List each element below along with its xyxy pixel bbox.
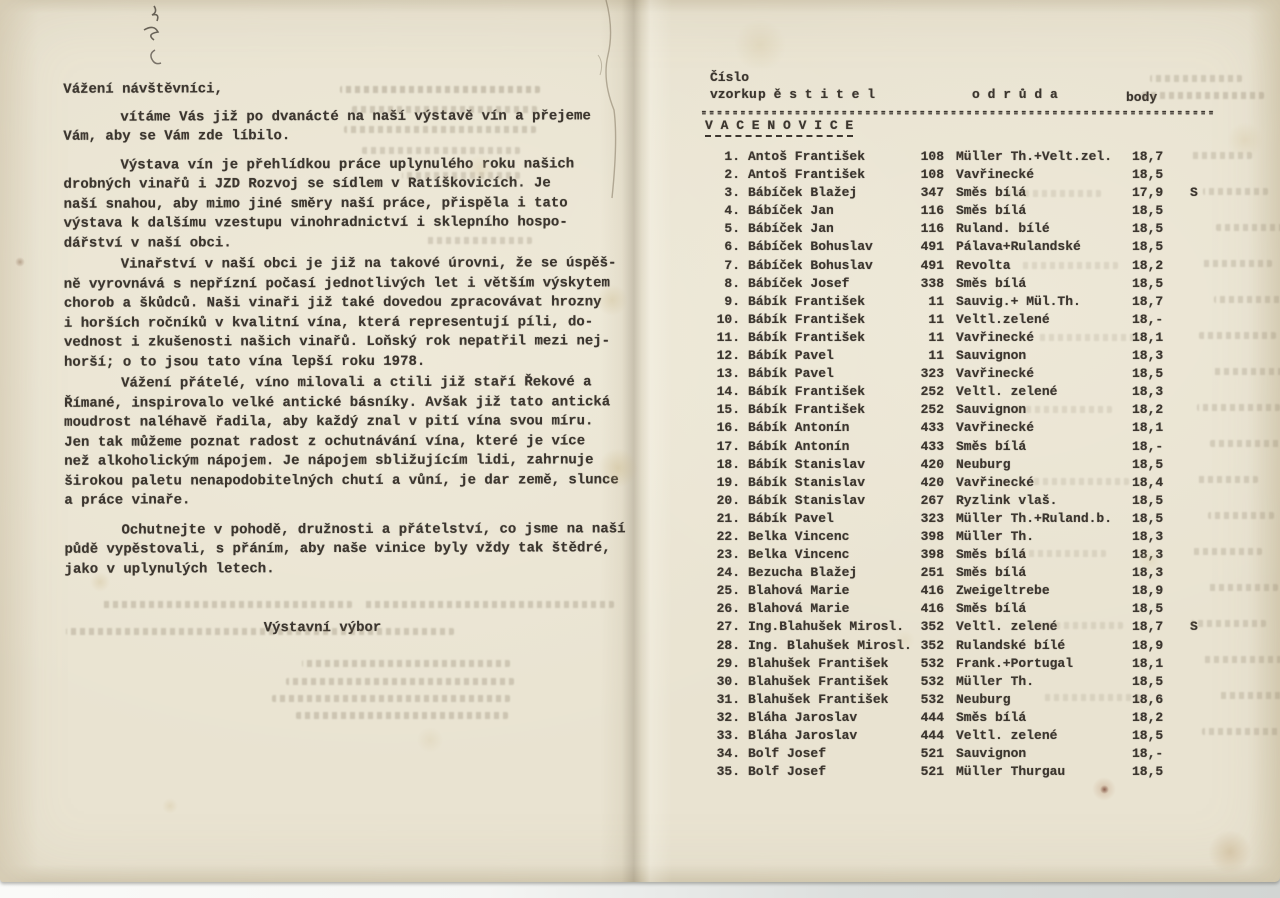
row-number: 13. [700, 365, 740, 383]
row-grape-variety: Sauvignon [944, 745, 1132, 763]
row-sample-number: 116 [916, 202, 944, 220]
row-flag [1172, 600, 1190, 618]
header-sample-number-line1: Číslo [710, 70, 749, 85]
row-points: 18,4 [1132, 474, 1172, 492]
row-grape-variety: Müller Th. [944, 528, 1132, 546]
row-number: 28. [700, 637, 740, 655]
row-grape-variety: Směs bílá [944, 202, 1132, 220]
row-sample-number: 352 [916, 637, 944, 655]
row-number: 11. [700, 329, 740, 347]
table-row: 26. Blahová Marie 416 Směs bílá 18,5 [700, 600, 1240, 618]
row-grower-name: Bábík František [740, 329, 916, 347]
row-number: 26. [700, 600, 740, 618]
row-sample-number: 416 [916, 582, 944, 600]
row-sample-number: 352 [916, 618, 944, 636]
row-sample-number: 420 [916, 474, 944, 492]
row-grower-name: Bábík Stanislav [740, 456, 916, 474]
header-variety: o d r ů d a [972, 87, 1058, 102]
row-grower-name: Bábík Pavel [740, 510, 916, 528]
row-grape-variety: Sauvignon [944, 347, 1132, 365]
section-title-vacenovice: V A C E N O V I C E [705, 118, 853, 137]
row-points: 18,7 [1132, 293, 1172, 311]
row-points: 18,5 [1132, 510, 1172, 528]
row-flag [1172, 148, 1190, 166]
table-row: 20. Bábík Stanislav 267 Ryzlink vlaš. 18… [700, 492, 1240, 510]
row-number: 21. [700, 510, 740, 528]
row-flag [1172, 709, 1190, 727]
row-points: 18,3 [1132, 383, 1172, 401]
row-number: 31. [700, 691, 740, 709]
table-row: 1. Antoš František 108 Müller Th.+Velt.z… [700, 148, 1240, 166]
row-number: 17. [700, 438, 740, 456]
row-grower-name: Bábík František [740, 311, 916, 329]
row-sample-number: 252 [916, 401, 944, 419]
row-number: 19. [700, 474, 740, 492]
row-grape-variety: Směs bílá [944, 438, 1132, 456]
row-flag [1172, 727, 1190, 745]
row-sample-number: 11 [916, 329, 944, 347]
row-flag [1172, 474, 1190, 492]
table-row: 19. Bábík Stanislav 420 Vavřinecké 18,4 [700, 474, 1240, 492]
results-table: 1. Antoš František 108 Müller Th.+Velt.z… [700, 148, 1240, 781]
row-grape-variety: Směs bílá [944, 275, 1132, 293]
row-number: 4. [700, 202, 740, 220]
row-points: 18,5 [1132, 763, 1172, 781]
table-row: 4. Bábíček Jan 116 Směs bílá 18,5 [700, 202, 1240, 220]
row-points: 18,2 [1132, 709, 1172, 727]
row-grower-name: Bábík Stanislav [740, 492, 916, 510]
row-sample-number: 444 [916, 709, 944, 727]
row-grower-name: Bábíček Blažej [740, 184, 916, 202]
row-grape-variety: Směs bílá [944, 546, 1132, 564]
row-points: 18,5 [1132, 238, 1172, 256]
row-grower-name: Blahová Marie [740, 582, 916, 600]
row-grower-name: Bábík Antonín [740, 419, 916, 437]
row-number: 25. [700, 582, 740, 600]
row-flag [1172, 564, 1190, 582]
row-flag [1172, 456, 1190, 474]
row-grower-name: Bábíček Josef [740, 275, 916, 293]
row-points: 18,5 [1132, 365, 1172, 383]
row-sample-number: 338 [916, 275, 944, 293]
row-number: 22. [700, 528, 740, 546]
table-row: 32. Bláha Jaroslav 444 Směs bílá 18,2 [700, 709, 1240, 727]
row-points: 18,9 [1132, 582, 1172, 600]
row-sample-number: 108 [916, 166, 944, 184]
table-row: 6. Bábíček Bohuslav 491 Pálava+Rulandské… [700, 238, 1240, 256]
row-points: 18,5 [1132, 202, 1172, 220]
row-points: 18,5 [1132, 220, 1172, 238]
row-grape-variety: Vavřinecké [944, 365, 1132, 383]
row-flag [1172, 492, 1190, 510]
row-flag [1172, 546, 1190, 564]
row-number: 15. [700, 401, 740, 419]
table-row: 21. Bábík Pavel 323 Müller Th.+Ruland.b.… [700, 510, 1240, 528]
row-points: 18,5 [1132, 275, 1172, 293]
table-row: 33. Bláha Jaroslav 444 Veltl. zelené 18,… [700, 727, 1240, 745]
row-grape-variety: Veltl. zelené [944, 727, 1132, 745]
row-sample-number: 116 [916, 220, 944, 238]
row-grape-variety: Vavřinecké [944, 474, 1132, 492]
right-page-catalog: Číslo vzorku p ě s t i t e l o d r ů d a… [700, 68, 1240, 144]
row-sample-number: 491 [916, 238, 944, 256]
row-sample-number: 444 [916, 727, 944, 745]
row-grape-variety: Rulandské bílé [944, 637, 1132, 655]
row-grape-variety: Frank.+Portugal [944, 655, 1132, 673]
row-flag [1172, 293, 1190, 311]
row-grape-variety: Ryzlink vlaš. [944, 492, 1132, 510]
row-number: 33. [700, 727, 740, 745]
row-flag: S [1172, 618, 1198, 636]
row-flag [1172, 419, 1190, 437]
row-grower-name: Bábík Pavel [740, 347, 916, 365]
row-points: 18,5 [1132, 727, 1172, 745]
row-grape-variety: Müller Th.+Ruland.b. [944, 510, 1132, 528]
row-grape-variety: Pálava+Rulandské [944, 238, 1132, 256]
row-flag [1172, 329, 1190, 347]
table-row: 16. Bábík Antonín 433 Vavřinecké 18,1 [700, 419, 1240, 437]
row-number: 32. [700, 709, 740, 727]
row-points: 18,2 [1132, 401, 1172, 419]
row-flag [1172, 257, 1190, 275]
row-points: 17,9 [1132, 184, 1172, 202]
row-grape-variety: Směs bílá [944, 600, 1132, 618]
table-row: 29. Blahušek František 532 Frank.+Portug… [700, 655, 1240, 673]
row-grape-variety: Müller Thurgau [944, 763, 1132, 781]
row-number: 23. [700, 546, 740, 564]
row-sample-number: 491 [916, 257, 944, 275]
row-points: 18,3 [1132, 528, 1172, 546]
row-number: 29. [700, 655, 740, 673]
row-flag [1172, 275, 1190, 293]
row-grower-name: Bábík František [740, 401, 916, 419]
row-grape-variety: Zweigeltrebe [944, 582, 1132, 600]
row-flag: S [1172, 184, 1198, 202]
row-grower-name: Bábík Pavel [740, 365, 916, 383]
row-number: 10. [700, 311, 740, 329]
row-grower-name: Bábík František [740, 293, 916, 311]
header-divider-dashes: ----------------------------------------… [700, 104, 1220, 119]
row-points: 18,5 [1132, 166, 1172, 184]
row-points: 18,7 [1132, 618, 1172, 636]
row-flag [1172, 637, 1190, 655]
row-number: 6. [700, 238, 740, 256]
row-sample-number: 398 [916, 546, 944, 564]
table-row: 8. Bábíček Josef 338 Směs bílá 18,5 [700, 275, 1240, 293]
row-grower-name: Bábíček Jan [740, 202, 916, 220]
row-sample-number: 532 [916, 655, 944, 673]
row-flag [1172, 238, 1190, 256]
row-grape-variety: Neuburg [944, 456, 1132, 474]
row-points: 18,1 [1132, 655, 1172, 673]
table-row: 7. Bábíček Bohuslav 491 Revolta 18,2 [700, 257, 1240, 275]
letter-paragraph: Vinařství v naší obci je již na takové ú… [64, 254, 632, 372]
row-grower-name: Bábíček Bohuslav [740, 238, 916, 256]
row-sample-number: 108 [916, 148, 944, 166]
table-row: 13. Bábík Pavel 323 Vavřinecké 18,5 [700, 365, 1240, 383]
row-number: 8. [700, 275, 740, 293]
table-row: 17. Bábík Antonín 433 Směs bílá 18,- [700, 438, 1240, 456]
row-grower-name: Bábík Antonín [740, 438, 916, 456]
letter-signoff: Výstavní výbor [264, 618, 633, 638]
row-flag [1172, 691, 1190, 709]
row-number: 24. [700, 564, 740, 582]
table-row: 34. Bolf Josef 521 Sauvignon 18,- [700, 745, 1240, 763]
row-points: 18,7 [1132, 148, 1172, 166]
table-row: 23. Belka Vincenc 398 Směs bílá 18,3 [700, 546, 1240, 564]
row-grower-name: Bábík Stanislav [740, 474, 916, 492]
row-points: 18,9 [1132, 637, 1172, 655]
header-sample-number-line2: vzorku [710, 87, 757, 102]
row-grower-name: Bábíček Bohuslav [740, 257, 916, 275]
row-points: 18,3 [1132, 347, 1172, 365]
row-flag [1172, 745, 1190, 763]
row-grower-name: Bezucha Blažej [740, 564, 916, 582]
table-row: 10. Bábík František 11 Veltl.zelené 18,- [700, 311, 1240, 329]
table-row: 18. Bábík Stanislav 420 Neuburg 18,5 [700, 456, 1240, 474]
row-points: 18,5 [1132, 600, 1172, 618]
row-grape-variety: Revolta [944, 257, 1132, 275]
row-number: 27. [700, 618, 740, 636]
row-sample-number: 521 [916, 745, 944, 763]
row-flag [1172, 220, 1190, 238]
row-number: 14. [700, 383, 740, 401]
row-flag [1172, 763, 1190, 781]
row-number: 34. [700, 745, 740, 763]
row-sample-number: 11 [916, 347, 944, 365]
row-sample-number: 532 [916, 691, 944, 709]
row-grower-name: Belka Vincenc [740, 528, 916, 546]
row-points: 18,1 [1132, 419, 1172, 437]
row-grape-variety: Sauvignon [944, 401, 1132, 419]
table-header: Číslo vzorku p ě s t i t e l o d r ů d a… [700, 68, 1240, 144]
letter-salutation: Vážení návštěvníci, [63, 79, 631, 100]
row-number: 35. [700, 763, 740, 781]
header-points: body [1126, 90, 1157, 105]
row-points: 18,1 [1132, 329, 1172, 347]
row-grape-variety: Sauvig.+ Mül.Th. [944, 293, 1132, 311]
row-flag [1172, 582, 1190, 600]
scanned-booklet: Vážení návštěvníci, vítáme Vás již po dv… [0, 0, 1280, 898]
row-grower-name: Ing. Blahušek Mirosl. [740, 637, 916, 655]
row-grape-variety: Veltl. zelené [944, 383, 1132, 401]
row-flag [1172, 347, 1190, 365]
table-row: 9. Bábík František 11 Sauvig.+ Mül.Th. 1… [700, 293, 1240, 311]
row-sample-number: 433 [916, 419, 944, 437]
row-number: 20. [700, 492, 740, 510]
row-grower-name: Bábíček Jan [740, 220, 916, 238]
row-grape-variety: Směs bílá [944, 709, 1132, 727]
row-flag [1172, 438, 1190, 456]
row-points: 18,- [1132, 311, 1172, 329]
table-row: 35. Bolf Josef 521 Müller Thurgau 18,5 [700, 763, 1240, 781]
row-grape-variety: Müller Th. [944, 673, 1132, 691]
table-row: 5. Bábíček Jan 116 Ruland. bílé 18,5 [700, 220, 1240, 238]
row-number: 16. [700, 419, 740, 437]
row-points: 18,5 [1132, 673, 1172, 691]
row-sample-number: 323 [916, 365, 944, 383]
row-number: 5. [700, 220, 740, 238]
row-grape-variety: Směs bílá [944, 184, 1132, 202]
table-row: 30. Blahušek František 532 Müller Th. 18… [700, 673, 1240, 691]
row-grape-variety: Vavřinecké [944, 419, 1132, 437]
row-flag [1172, 311, 1190, 329]
row-flag [1172, 383, 1190, 401]
table-row: 25. Blahová Marie 416 Zweigeltrebe 18,9 [700, 582, 1240, 600]
row-grower-name: Blahušek František [740, 655, 916, 673]
table-row: 2. Antoš František 108 Vavřinecké 18,5 [700, 166, 1240, 184]
row-number: 3. [700, 184, 740, 202]
row-number: 1. [700, 148, 740, 166]
row-number: 18. [700, 456, 740, 474]
row-number: 7. [700, 257, 740, 275]
row-number: 9. [700, 293, 740, 311]
row-grower-name: Bolf Josef [740, 745, 916, 763]
table-row: 3. Bábíček Blažej 347 Směs bílá 17,9 S [700, 184, 1240, 202]
row-grape-variety: Směs bílá [944, 564, 1132, 582]
row-grower-name: Blahušek František [740, 691, 916, 709]
row-sample-number: 433 [916, 438, 944, 456]
row-points: 18,6 [1132, 691, 1172, 709]
row-grower-name: Bolf Josef [740, 763, 916, 781]
row-grower-name: Blahušek František [740, 673, 916, 691]
row-sample-number: 323 [916, 510, 944, 528]
row-grower-name: Belka Vincenc [740, 546, 916, 564]
row-points: 18,3 [1132, 546, 1172, 564]
row-flag [1172, 365, 1190, 383]
table-row: 27. Ing.Blahušek Mirosl. 352 Veltl. zele… [700, 618, 1240, 636]
row-grower-name: Bláha Jaroslav [740, 709, 916, 727]
table-row: 12. Bábík Pavel 11 Sauvignon 18,3 [700, 347, 1240, 365]
row-sample-number: 267 [916, 492, 944, 510]
row-sample-number: 11 [916, 293, 944, 311]
row-points: 18,5 [1132, 492, 1172, 510]
row-sample-number: 347 [916, 184, 944, 202]
row-sample-number: 416 [916, 600, 944, 618]
table-row: 14. Bábík František 252 Veltl. zelené 18… [700, 383, 1240, 401]
left-page-letter: Vážení návštěvníci, vítáme Vás již po dv… [63, 79, 632, 639]
row-flag [1172, 202, 1190, 220]
table-row: 28. Ing. Blahušek Mirosl. 352 Rulandské … [700, 637, 1240, 655]
row-grape-variety: Vavřinecké [944, 166, 1132, 184]
row-flag [1172, 401, 1190, 419]
row-sample-number: 420 [916, 456, 944, 474]
row-grape-variety: Neuburg [944, 691, 1132, 709]
row-number: 30. [700, 673, 740, 691]
row-sample-number: 398 [916, 528, 944, 546]
letter-paragraph: vítáme Vás již po dvanácté na naší výsta… [63, 107, 631, 147]
row-grower-name: Ing.Blahušek Mirosl. [740, 618, 916, 636]
row-sample-number: 251 [916, 564, 944, 582]
table-row: 15. Bábík František 252 Sauvignon 18,2 [700, 401, 1240, 419]
row-number: 2. [700, 166, 740, 184]
row-grower-name: Bábík František [740, 383, 916, 401]
table-row: 24. Bezucha Blažej 251 Směs bílá 18,3 [700, 564, 1240, 582]
row-grower-name: Antoš František [740, 166, 916, 184]
row-grower-name: Antoš František [740, 148, 916, 166]
row-grape-variety: Vavřinecké [944, 329, 1132, 347]
row-grower-name: Bláha Jaroslav [740, 727, 916, 745]
letter-paragraph: Vážení přátelé, víno milovali a ctili ji… [64, 373, 632, 511]
row-grape-variety: Veltl. zelené [944, 618, 1132, 636]
table-row: 31. Blahušek František 532 Neuburg 18,6 [700, 691, 1240, 709]
row-number: 12. [700, 347, 740, 365]
letter-paragraph: Výstava vín je přehlídkou práce uplynulé… [63, 155, 631, 254]
row-grape-variety: Müller Th.+Velt.zel. [944, 148, 1132, 166]
row-sample-number: 252 [916, 383, 944, 401]
row-points: 18,2 [1132, 257, 1172, 275]
row-grape-variety: Veltl.zelené [944, 311, 1132, 329]
table-row: 22. Belka Vincenc 398 Müller Th. 18,3 [700, 528, 1240, 546]
row-sample-number: 11 [916, 311, 944, 329]
row-flag [1172, 166, 1190, 184]
row-points: 18,- [1132, 438, 1172, 456]
row-flag [1172, 510, 1190, 528]
letter-paragraph: Ochutnejte v pohodě, družnosti a přátels… [64, 520, 632, 580]
header-grower: p ě s t i t e l [758, 87, 875, 102]
table-row: 11. Bábík František 11 Vavřinecké 18,1 [700, 329, 1240, 347]
row-flag [1172, 673, 1190, 691]
row-grower-name: Blahová Marie [740, 600, 916, 618]
row-sample-number: 521 [916, 763, 944, 781]
row-sample-number: 532 [916, 673, 944, 691]
row-points: 18,5 [1132, 456, 1172, 474]
row-grape-variety: Ruland. bílé [944, 220, 1132, 238]
row-points: 18,3 [1132, 564, 1172, 582]
row-points: 18,- [1132, 745, 1172, 763]
row-flag [1172, 655, 1190, 673]
row-flag [1172, 528, 1190, 546]
